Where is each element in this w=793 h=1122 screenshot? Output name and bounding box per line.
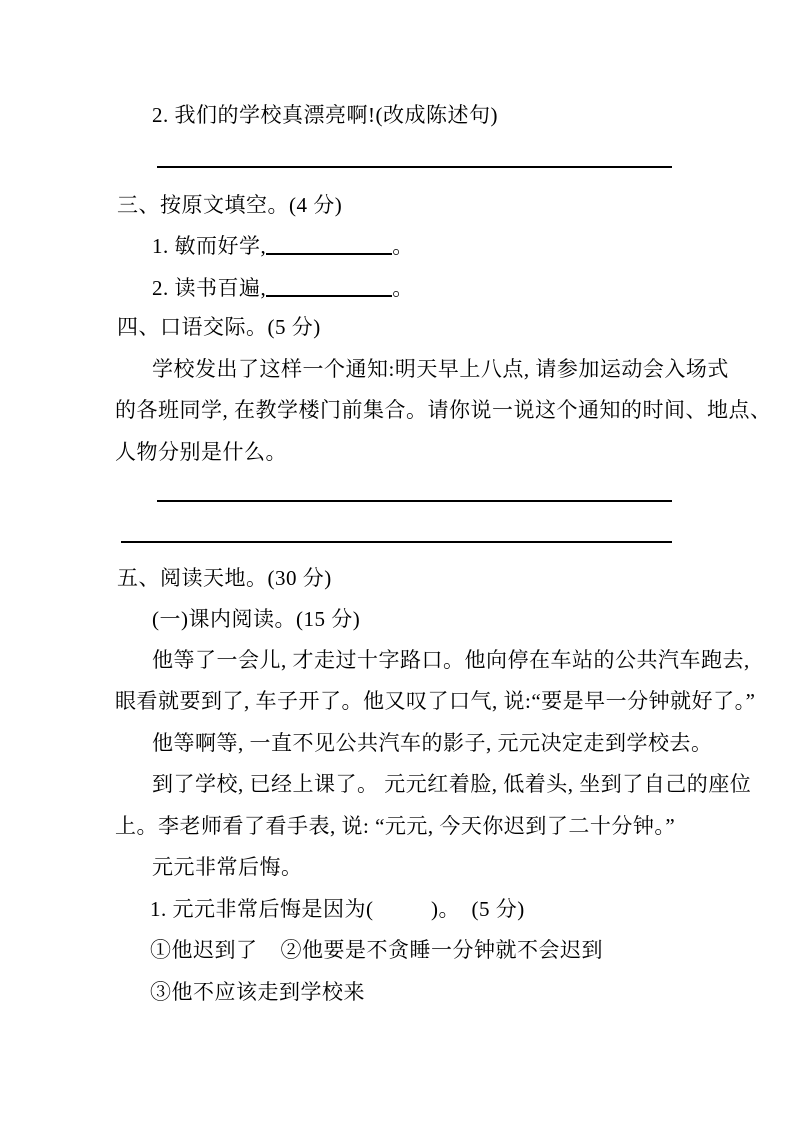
section-four-heading: 四、口语交际。(5 分) — [117, 306, 321, 348]
passage-line: 到了学校, 已经上课了。 元元红着脸, 低着头, 坐到了自己的座位 — [152, 763, 751, 805]
answer-rule — [121, 541, 672, 543]
fill-in-item-2: 2. 读书百遍,。 — [152, 267, 414, 309]
fill-in-item-2-text: 2. 读书百遍, — [152, 276, 266, 300]
section-three-heading: 三、按原文填空。(4 分) — [117, 184, 342, 226]
passage-line: 元元非常后悔。 — [152, 846, 303, 888]
rewrite-sentence-question: 2. 我们的学校真漂亮啊!(改成陈述句) — [152, 94, 498, 136]
passage-line: 上。李老师看了看手表, 说: “元元, 今天你迟到了二十分钟。” — [115, 805, 675, 847]
answer-rule — [157, 166, 672, 168]
notice-paragraph-line: 的各班同学, 在教学楼门前集合。请你说一说这个通知的时间、地点、 — [115, 389, 772, 431]
notice-paragraph-line: 人物分别是什么。 — [115, 431, 287, 473]
section-five-subheading: (一)课内阅读。(15 分) — [152, 598, 360, 640]
answer-rule — [157, 500, 672, 502]
passage-line: 眼看就要到了, 车子开了。他又叹了口气, 说:“要是早一分钟就好了。” — [115, 680, 755, 722]
exam-document-page: 2. 我们的学校真漂亮啊!(改成陈述句) 三、按原文填空。(4 分) 1. 敏而… — [0, 0, 793, 1122]
fill-in-item-1: 1. 敏而好学,。 — [152, 225, 414, 267]
fill-in-item-1-text: 1. 敏而好学, — [152, 234, 266, 258]
multiple-choice-options-line: ③他不应该走到学校来 — [150, 971, 365, 1013]
multiple-choice-question: 1. 元元非常后悔是因为( )。 (5 分) — [150, 888, 525, 930]
fill-in-blank — [266, 290, 392, 297]
fill-in-item-1-period: 。 — [392, 234, 414, 258]
passage-line: 他等啊等, 一直不见公共汽车的影子, 元元决定走到学校去。 — [152, 722, 713, 764]
notice-paragraph-line: 学校发出了这样一个通知:明天早上八点, 请参加运动会入场式 — [152, 348, 729, 390]
passage-line: 他等了一会儿, 才走过十字路口。他向停在车站的公共汽车跑去, — [152, 639, 750, 681]
fill-in-blank — [266, 248, 392, 255]
section-five-heading: 五、阅读天地。(30 分) — [117, 557, 332, 599]
multiple-choice-options-line: ①他迟到了 ②他要是不贪睡一分钟就不会迟到 — [150, 929, 603, 971]
fill-in-item-2-period: 。 — [392, 276, 414, 300]
